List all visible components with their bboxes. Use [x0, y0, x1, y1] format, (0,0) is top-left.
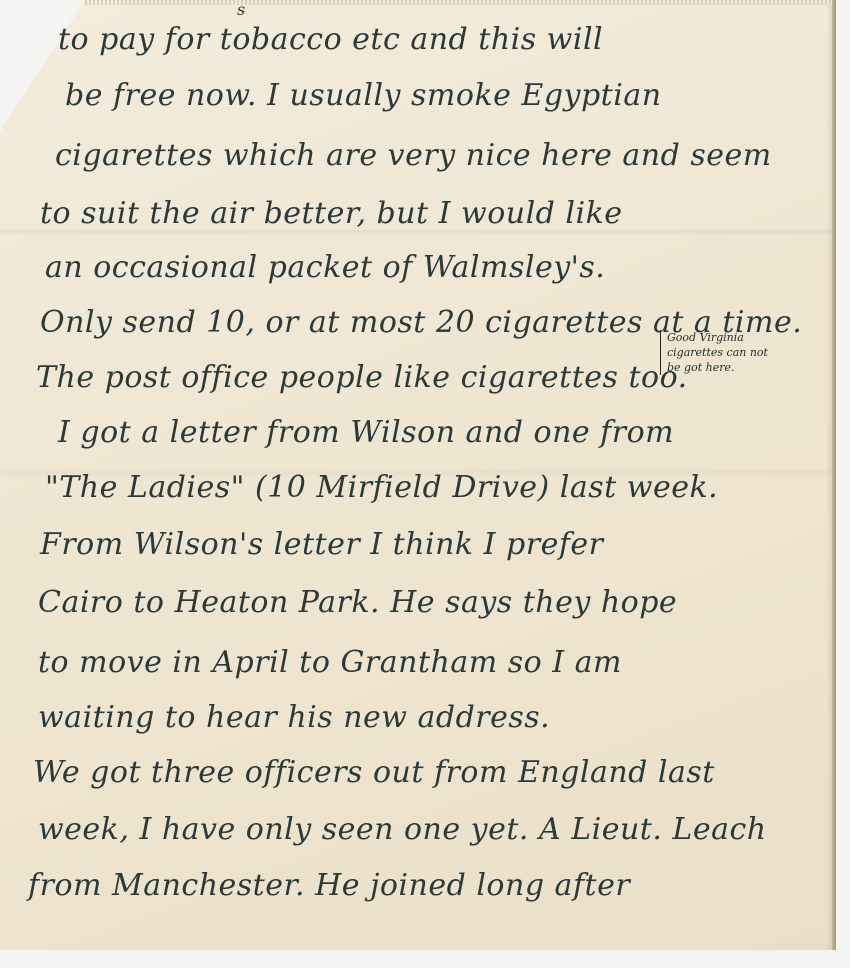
letter-line: We got three officers out from England l…	[33, 755, 715, 790]
letter-line: From Wilson's letter I think I prefer	[40, 527, 604, 562]
perforated-edge	[85, 0, 836, 5]
letter-line: to suit the air better, but I would like	[40, 196, 623, 231]
letter-line: be free now. I usually smoke Egyptian	[65, 78, 662, 113]
margin-note: Good Virginia cigarettes can not be got …	[660, 330, 768, 375]
insertion-mark: s	[237, 0, 245, 19]
letter-line: "The Ladies" (10 Mirfield Drive) last we…	[45, 470, 718, 505]
letter-line: week, I have only seen one yet. A Lieut.…	[38, 812, 767, 847]
margin-note-line: cigarettes can not	[667, 345, 768, 360]
letter-line: from Manchester. He joined long after	[28, 868, 630, 903]
letter-line: Cairo to Heaton Park. He says they hope	[38, 585, 677, 620]
letter-line: an occasional packet of Walmsley's.	[45, 250, 605, 285]
letter-line: The post office people like cigarettes t…	[36, 360, 688, 395]
margin-note-line: Good Virginia	[667, 330, 768, 345]
margin-note-line: be got here.	[667, 360, 768, 375]
letter-line: waiting to hear his new address.	[38, 700, 550, 735]
letter-line: I got a letter from Wilson and one from	[58, 415, 674, 450]
letter-line: to pay for tobacco etc and this will	[58, 22, 603, 57]
letter-line: to move in April to Grantham so I am	[38, 645, 622, 680]
notebook-spine	[832, 0, 836, 950]
letter-line: cigarettes which are very nice here and …	[55, 138, 772, 173]
